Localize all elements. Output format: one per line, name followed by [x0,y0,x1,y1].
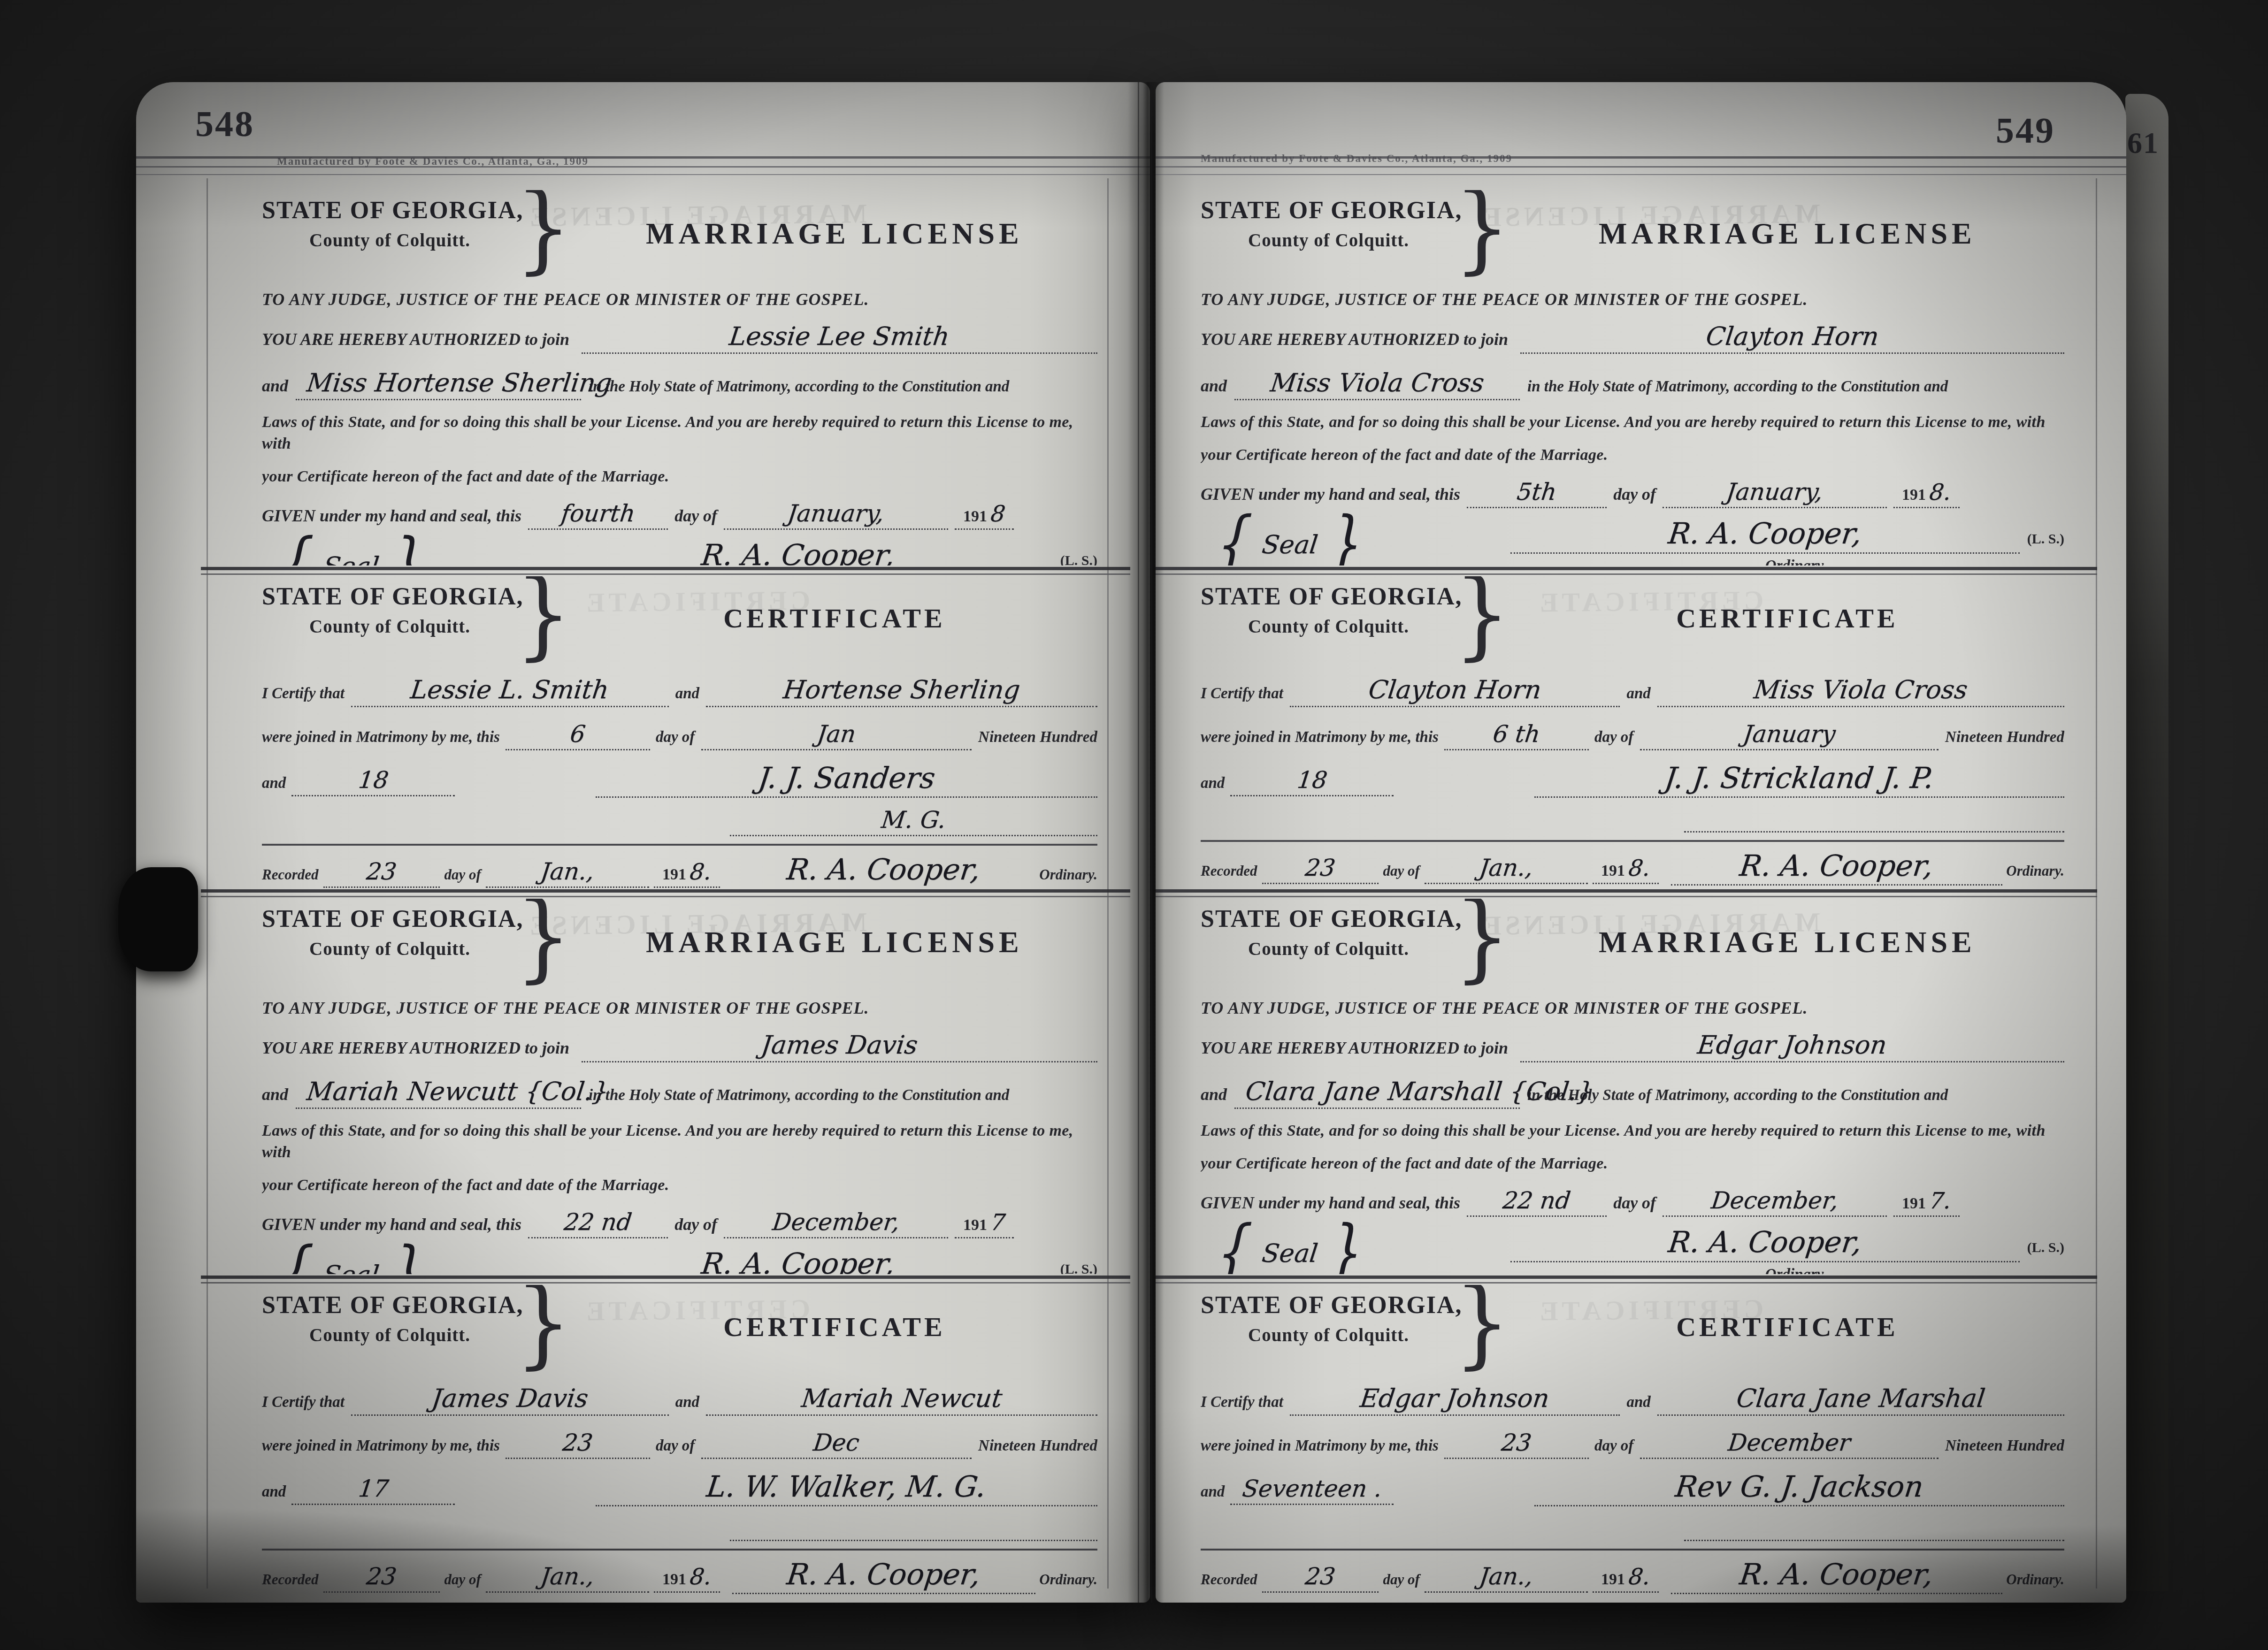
state-heading: STATE OF GEORGIA, [262,583,518,611]
license-day-handwritten: 22 nd [563,1208,634,1236]
state-heading: STATE OF GEORGIA, [1201,1291,1456,1319]
groom-name-handwritten: Lessie Lee Smith [728,321,951,351]
certify-prefix: I Certify that [262,1394,345,1411]
curly-brace-glyph: } [515,576,572,652]
seal-open-brace: { [276,523,315,565]
groom-name-handwritten: Edgar Johnson [1696,1030,1888,1060]
license-month-handwritten: January, [1725,478,1825,505]
recorder-signature: R. A. Cooper, [1738,848,1935,883]
recorded-month-handwritten: Jan., [539,1563,596,1590]
judge-address-line: TO ANY JUDGE, JUSTICE OF THE PEACE OR MI… [262,290,1097,309]
year-digit-handwritten: 8. [1627,1564,1652,1590]
certificate-block: CERTIFICATE STATE OF GEORGIA, County of … [262,576,1097,888]
laws-clause: Laws of this State, and for so doing thi… [262,412,1097,455]
county-heading: County of Colquitt. [262,1325,518,1346]
state-heading: STATE OF GEORGIA, [1201,583,1456,611]
county-heading: County of Colquitt. [1201,939,1456,960]
printed-year-prefix: 191 [1601,1571,1625,1589]
marriage-license-block: MARRIAGE LICENSE STATE OF GEORGIA, Count… [262,190,1097,565]
matrimony-clause: in the Holy State of Matrimony, accordin… [589,1087,1009,1104]
day-of-label: day of [656,729,695,746]
license-day-handwritten: 5th [1516,478,1558,505]
county-heading: County of Colquitt. [1201,1325,1456,1346]
judge-address-line: TO ANY JUDGE, JUSTICE OF THE PEACE OR MI… [1201,290,2064,309]
certificate-hereon-clause: your Certificate hereon of the fact and … [262,466,1097,488]
curly-brace-glyph: } [515,899,572,975]
certificate-hereon-clause: your Certificate hereon of the fact and … [1201,444,2064,466]
ordinary-signature: R. A. Cooper, [699,1246,896,1274]
judge-address-line: TO ANY JUDGE, JUSTICE OF THE PEACE OR MI… [1201,998,2064,1018]
groom-name-handwritten: Lessie L. Smith [409,675,611,704]
day-of-label: day of [674,1215,717,1234]
printed-year-prefix: 191 [963,508,987,526]
marriage-license-block: MARRIAGE LICENSE STATE OF GEORGIA, Count… [1201,190,2064,565]
certify-prefix: I Certify that [1201,1394,1283,1411]
day-of-label: day of [1594,729,1633,746]
license-month-handwritten: January, [786,500,886,527]
year-digit-handwritten: 7 [989,1209,1007,1236]
block-separator [1156,567,2097,575]
recorded-day-handwritten: 23 [365,858,398,885]
ls-label: (L. S.) [2027,531,2064,547]
ordinary-label: Ordinary. [2006,1571,2064,1588]
block-separator [201,567,1130,575]
certify-prefix: I Certify that [262,685,345,703]
license-month-handwritten: December, [1709,1187,1840,1214]
authorized-prefix: YOU ARE HEREBY AUTHORIZED to join [262,1038,569,1058]
block-separator [1156,889,2097,897]
day-of-label: day of [444,866,481,883]
block-separator [201,1276,1130,1283]
certificate-title: CERTIFICATE [1510,603,2064,634]
bride-name-handwritten: Mariah Newcut [800,1383,1004,1413]
day-of-label: day of [1383,1571,1420,1588]
year-digit-handwritten: 8. [688,1564,713,1590]
ls-label: (L. S.) [1060,1261,1097,1274]
recorded-label: Recorded [262,866,319,883]
license-title: MARRIAGE LICENSE [572,925,1097,960]
seal-open-brace: { [276,1232,315,1274]
authorized-prefix: YOU ARE HEREBY AUTHORIZED to join [262,329,569,349]
seal-close-brace: } [1326,502,1366,565]
officiant-signature: L. W. Walker, M. G. [705,1469,988,1504]
and-label: and [1201,775,1225,792]
license-month-handwritten: December, [771,1208,901,1236]
certificate-title: CERTIFICATE [572,603,1097,634]
seal-annotation: { Seal } [1218,514,1363,565]
cert-year-handwritten: 18 [1295,766,1329,794]
matrimony-clause: in the Holy State of Matrimony, accordin… [1527,378,1948,396]
license-day-handwritten: fourth [559,500,636,527]
and-label: and [1626,1394,1650,1411]
recorded-month-handwritten: Jan., [1478,1563,1534,1590]
nineteen-hundred-label: Nineteen Hundred [1945,729,2064,746]
seal-open-brace: { [1214,502,1254,565]
and-label: and [262,1483,286,1501]
seal-word: Seal [1260,530,1319,559]
cert-month-handwritten: Dec [812,1429,861,1456]
authorized-prefix: YOU ARE HEREBY AUTHORIZED to join [1201,1038,1508,1058]
certificate-block: CERTIFICATE STATE OF GEORGIA, County of … [1201,1285,2064,1597]
edge-page-number: 61 [2127,126,2159,160]
printed-year-prefix: 191 [1601,862,1625,880]
groom-name-handwritten: Edgar Johnson [1359,1383,1551,1413]
day-of-label: day of [674,506,717,526]
license-title: MARRIAGE LICENSE [1510,216,2064,251]
curly-brace-glyph: } [1454,576,1510,652]
bride-name-handwritten: Clara Jane Marshall {Col.} [1244,1077,1595,1106]
recorder-signature: R. A. Cooper, [1738,1557,1935,1591]
and-label: and [262,376,288,396]
seal-close-brace: } [387,523,427,565]
cert-day-handwritten: 23 [1500,1429,1533,1456]
officiant-signature: J. J. Strickland J. P. [1663,761,1936,795]
seal-annotation: { Seal } [279,535,424,565]
authorized-prefix: YOU ARE HEREBY AUTHORIZED to join [1201,329,1508,349]
laws-clause: Laws of this State, and for so doing thi… [262,1120,1097,1163]
recorded-day-handwritten: 23 [365,1563,398,1590]
seal-word: Seal [1260,1238,1319,1268]
day-of-label: day of [1613,484,1656,504]
bride-name-handwritten: Hortense Sherling [782,675,1022,704]
curly-brace-glyph: } [515,190,572,266]
cert-day-handwritten: 6 th [1491,720,1541,748]
cert-year-handwritten: 18 [357,766,390,794]
cert-day-handwritten: 23 [561,1429,595,1456]
binder-clip [118,867,198,971]
ls-label: (L. S.) [1060,553,1097,565]
ordinary-signature: R. A. Cooper, [1666,516,1863,550]
laws-clause: Laws of this State, and for so doing thi… [1201,1120,2064,1142]
register-page-549: 549 Manufactured by Foote & Davies Co., … [1156,82,2126,1603]
bride-name-handwritten: Mariah Newcutt {Col.} [305,1077,610,1106]
curly-brace-glyph: } [1454,1285,1510,1361]
bride-name-handwritten: Miss Viola Cross [1269,368,1486,397]
certificate-block: CERTIFICATE STATE OF GEORGIA, County of … [1201,576,2064,888]
state-heading: STATE OF GEORGIA, [1201,905,1456,933]
given-prefix: GIVEN under my hand and seal, this [1201,484,1460,504]
officiant-signature: Rev G. J. Jackson [1673,1469,1925,1504]
county-heading: County of Colquitt. [262,939,518,960]
and-label: and [1626,685,1650,703]
certificate-hereon-clause: your Certificate hereon of the fact and … [262,1175,1097,1196]
matrimony-clause: in the Holy State of Matrimony, accordin… [589,378,1009,396]
scanned-register-spread: { "scan": { "left_page_number": "548", "… [0,0,2268,1650]
seal-word: Seal [322,551,381,566]
officiant-title-line: M. G. [880,806,947,833]
ls-label: (L. S.) [2027,1240,2064,1256]
given-prefix: GIVEN under my hand and seal, this [1201,1193,1460,1213]
laws-clause: Laws of this State, and for so doing thi… [1201,412,2064,433]
county-heading: County of Colquitt. [1201,616,1456,637]
year-digit-handwritten: 8. [1627,855,1652,881]
state-heading: STATE OF GEORGIA, [262,905,518,933]
and-label: and [1201,376,1227,396]
recorded-label: Recorded [1201,863,1257,879]
recorder-signature: R. A. Cooper, [785,852,982,886]
ordinary-signature: R. A. Cooper, [699,538,896,565]
curly-brace-glyph: } [1454,899,1510,975]
day-of-label: day of [656,1437,695,1455]
printed-year-prefix: 191 [662,1571,686,1589]
cert-year-handwritten: Seventeen . [1241,1475,1383,1502]
bride-name-handwritten: Clara Jane Marshal [1735,1383,1987,1413]
recorded-day-handwritten: 23 [1303,854,1337,881]
nineteen-hundred-label: Nineteen Hundred [978,1437,1097,1455]
and-label: and [675,1394,699,1411]
year-digit-handwritten: 8. [688,859,713,885]
year-digit-handwritten: 7. [1928,1188,1953,1214]
ordinary-label: Ordinary. [2006,863,2064,879]
groom-name-handwritten: James Davis [759,1030,919,1060]
seal-annotation: { Seal } [1218,1222,1363,1274]
printed-year-prefix: 191 [963,1216,987,1234]
certificate-title: CERTIFICATE [572,1311,1097,1343]
and-label: and [1201,1483,1225,1501]
and-label: and [262,1085,288,1104]
cert-month-handwritten: Jan [816,720,858,748]
day-of-label: day of [1594,1437,1633,1455]
county-heading: County of Colquitt. [262,616,518,637]
and-label: and [1201,1085,1227,1104]
license-title: MARRIAGE LICENSE [572,216,1097,251]
certificate-hereon-clause: your Certificate hereon of the fact and … [1201,1153,2064,1175]
year-digit-handwritten: 8 [989,501,1007,527]
curly-brace-glyph: } [515,1285,572,1361]
nineteen-hundred-label: Nineteen Hundred [1945,1437,2064,1455]
joined-clause: were joined in Matrimony by me, this [262,1437,500,1455]
county-heading: County of Colquitt. [262,230,518,251]
cert-month-handwritten: January [1742,720,1837,748]
joined-clause: were joined in Matrimony by me, this [1201,1437,1439,1455]
cert-day-handwritten: 6 [568,720,587,748]
printed-year-prefix: 191 [1902,486,1926,504]
bride-name-handwritten: Miss Viola Cross [1752,675,1969,704]
bride-name-handwritten: Miss Hortense Sherling [305,368,613,397]
year-digit-handwritten: 8. [1928,479,1953,505]
ordinary-label: Ordinary. [1039,1571,1097,1588]
certificate-block: CERTIFICATE STATE OF GEORGIA, County of … [262,1285,1097,1597]
seal-close-brace: } [387,1232,427,1274]
license-title: MARRIAGE LICENSE [1510,925,2064,960]
day-of-label: day of [1383,863,1420,879]
register-page-548: 548 Manufactured by Foote & Davies Co., … [136,82,1150,1603]
recorded-month-handwritten: Jan., [1478,854,1534,881]
given-prefix: GIVEN under my hand and seal, this [262,1215,521,1234]
state-heading: STATE OF GEORGIA, [262,197,518,224]
seal-close-brace: } [1326,1210,1366,1274]
next-page-edge: 61 [2125,94,2168,1591]
printed-year-prefix: 191 [1902,1195,1926,1213]
joined-clause: were joined in Matrimony by me, this [1201,729,1439,746]
block-separator [1156,1276,2097,1283]
day-of-label: day of [1613,1193,1656,1213]
ordinary-label: Ordinary. [1510,1266,2064,1274]
license-day-handwritten: 22 nd [1502,1187,1572,1214]
joined-clause: were joined in Matrimony by me, this [262,729,500,746]
recorded-month-handwritten: Jan., [539,858,596,885]
marriage-license-block: MARRIAGE LICENSE STATE OF GEORGIA, Count… [1201,899,2064,1274]
ordinary-signature: R. A. Cooper, [1666,1225,1863,1259]
and-label: and [262,775,286,792]
certificate-title: CERTIFICATE [1510,1311,2064,1343]
ordinary-label: Ordinary. [1510,558,2064,565]
ordinary-label: Ordinary. [1039,866,1097,883]
marriage-license-block: MARRIAGE LICENSE STATE OF GEORGIA, Count… [262,899,1097,1274]
certify-prefix: I Certify that [1201,685,1283,703]
and-label: and [675,685,699,703]
printed-year-prefix: 191 [662,866,686,884]
block-separator [201,889,1130,897]
groom-name-handwritten: James Davis [430,1383,590,1413]
judge-address-line: TO ANY JUDGE, JUSTICE OF THE PEACE OR MI… [262,998,1097,1018]
given-prefix: GIVEN under my hand and seal, this [262,506,521,526]
recorder-signature: R. A. Cooper, [785,1557,982,1591]
day-of-label: day of [444,1571,481,1588]
cert-year-handwritten: 17 [357,1475,390,1502]
cert-month-handwritten: December [1727,1429,1852,1456]
curly-brace-glyph: } [1454,190,1510,266]
recorded-label: Recorded [1201,1571,1257,1588]
county-heading: County of Colquitt. [1201,230,1456,251]
seal-word: Seal [322,1260,381,1275]
state-heading: STATE OF GEORGIA, [1201,197,1456,224]
state-heading: STATE OF GEORGIA, [262,1291,518,1319]
nineteen-hundred-label: Nineteen Hundred [978,729,1097,746]
recorded-label: Recorded [262,1571,319,1588]
seal-open-brace: { [1214,1210,1254,1274]
seal-annotation: { Seal } [279,1244,424,1274]
groom-name-handwritten: Clayton Horn [1367,675,1543,704]
officiant-signature: J. J. Sanders [756,761,937,795]
recorded-day-handwritten: 23 [1303,1563,1337,1590]
groom-name-handwritten: Clayton Horn [1704,321,1880,351]
